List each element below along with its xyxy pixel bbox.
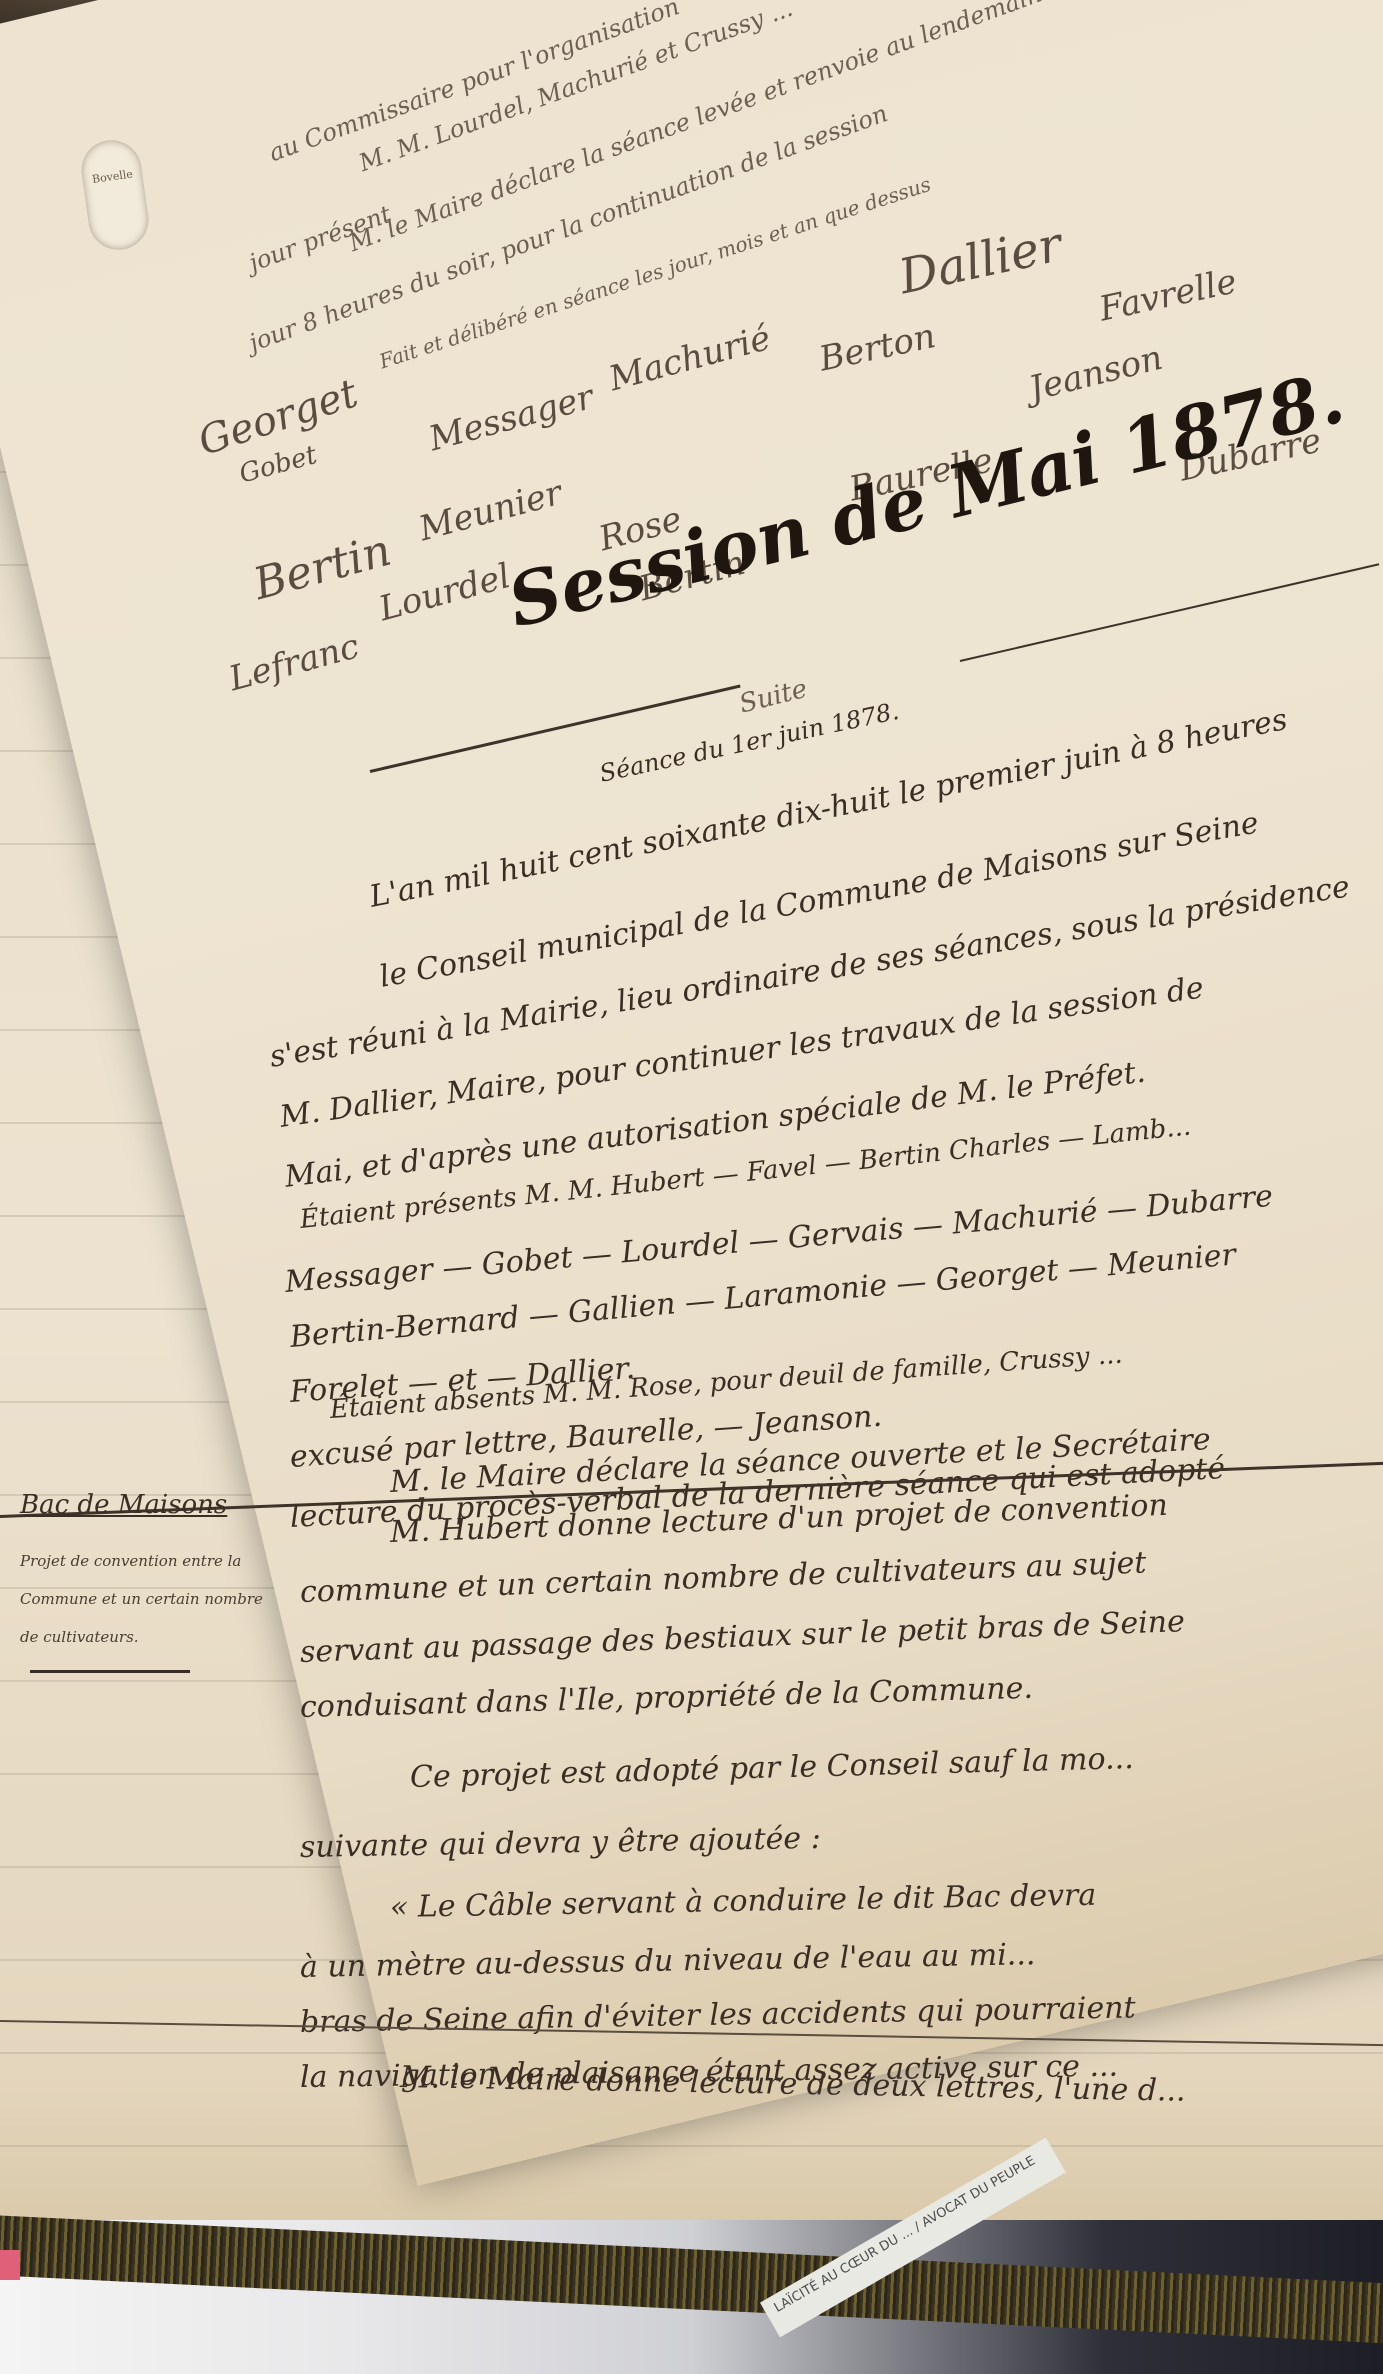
margin-note: Bac de Maisons Projet de convention entr…	[20, 1490, 290, 1673]
margin-heading: Bac de Maisons	[20, 1490, 290, 1520]
margin-note-line: Projet de convention entre la	[20, 1542, 290, 1580]
margin-rule	[30, 1670, 190, 1673]
margin-note-line: Commune et un certain nombre	[20, 1580, 290, 1618]
margin-note-line: de cultivateurs.	[20, 1618, 290, 1656]
pink-tab	[0, 2250, 20, 2280]
